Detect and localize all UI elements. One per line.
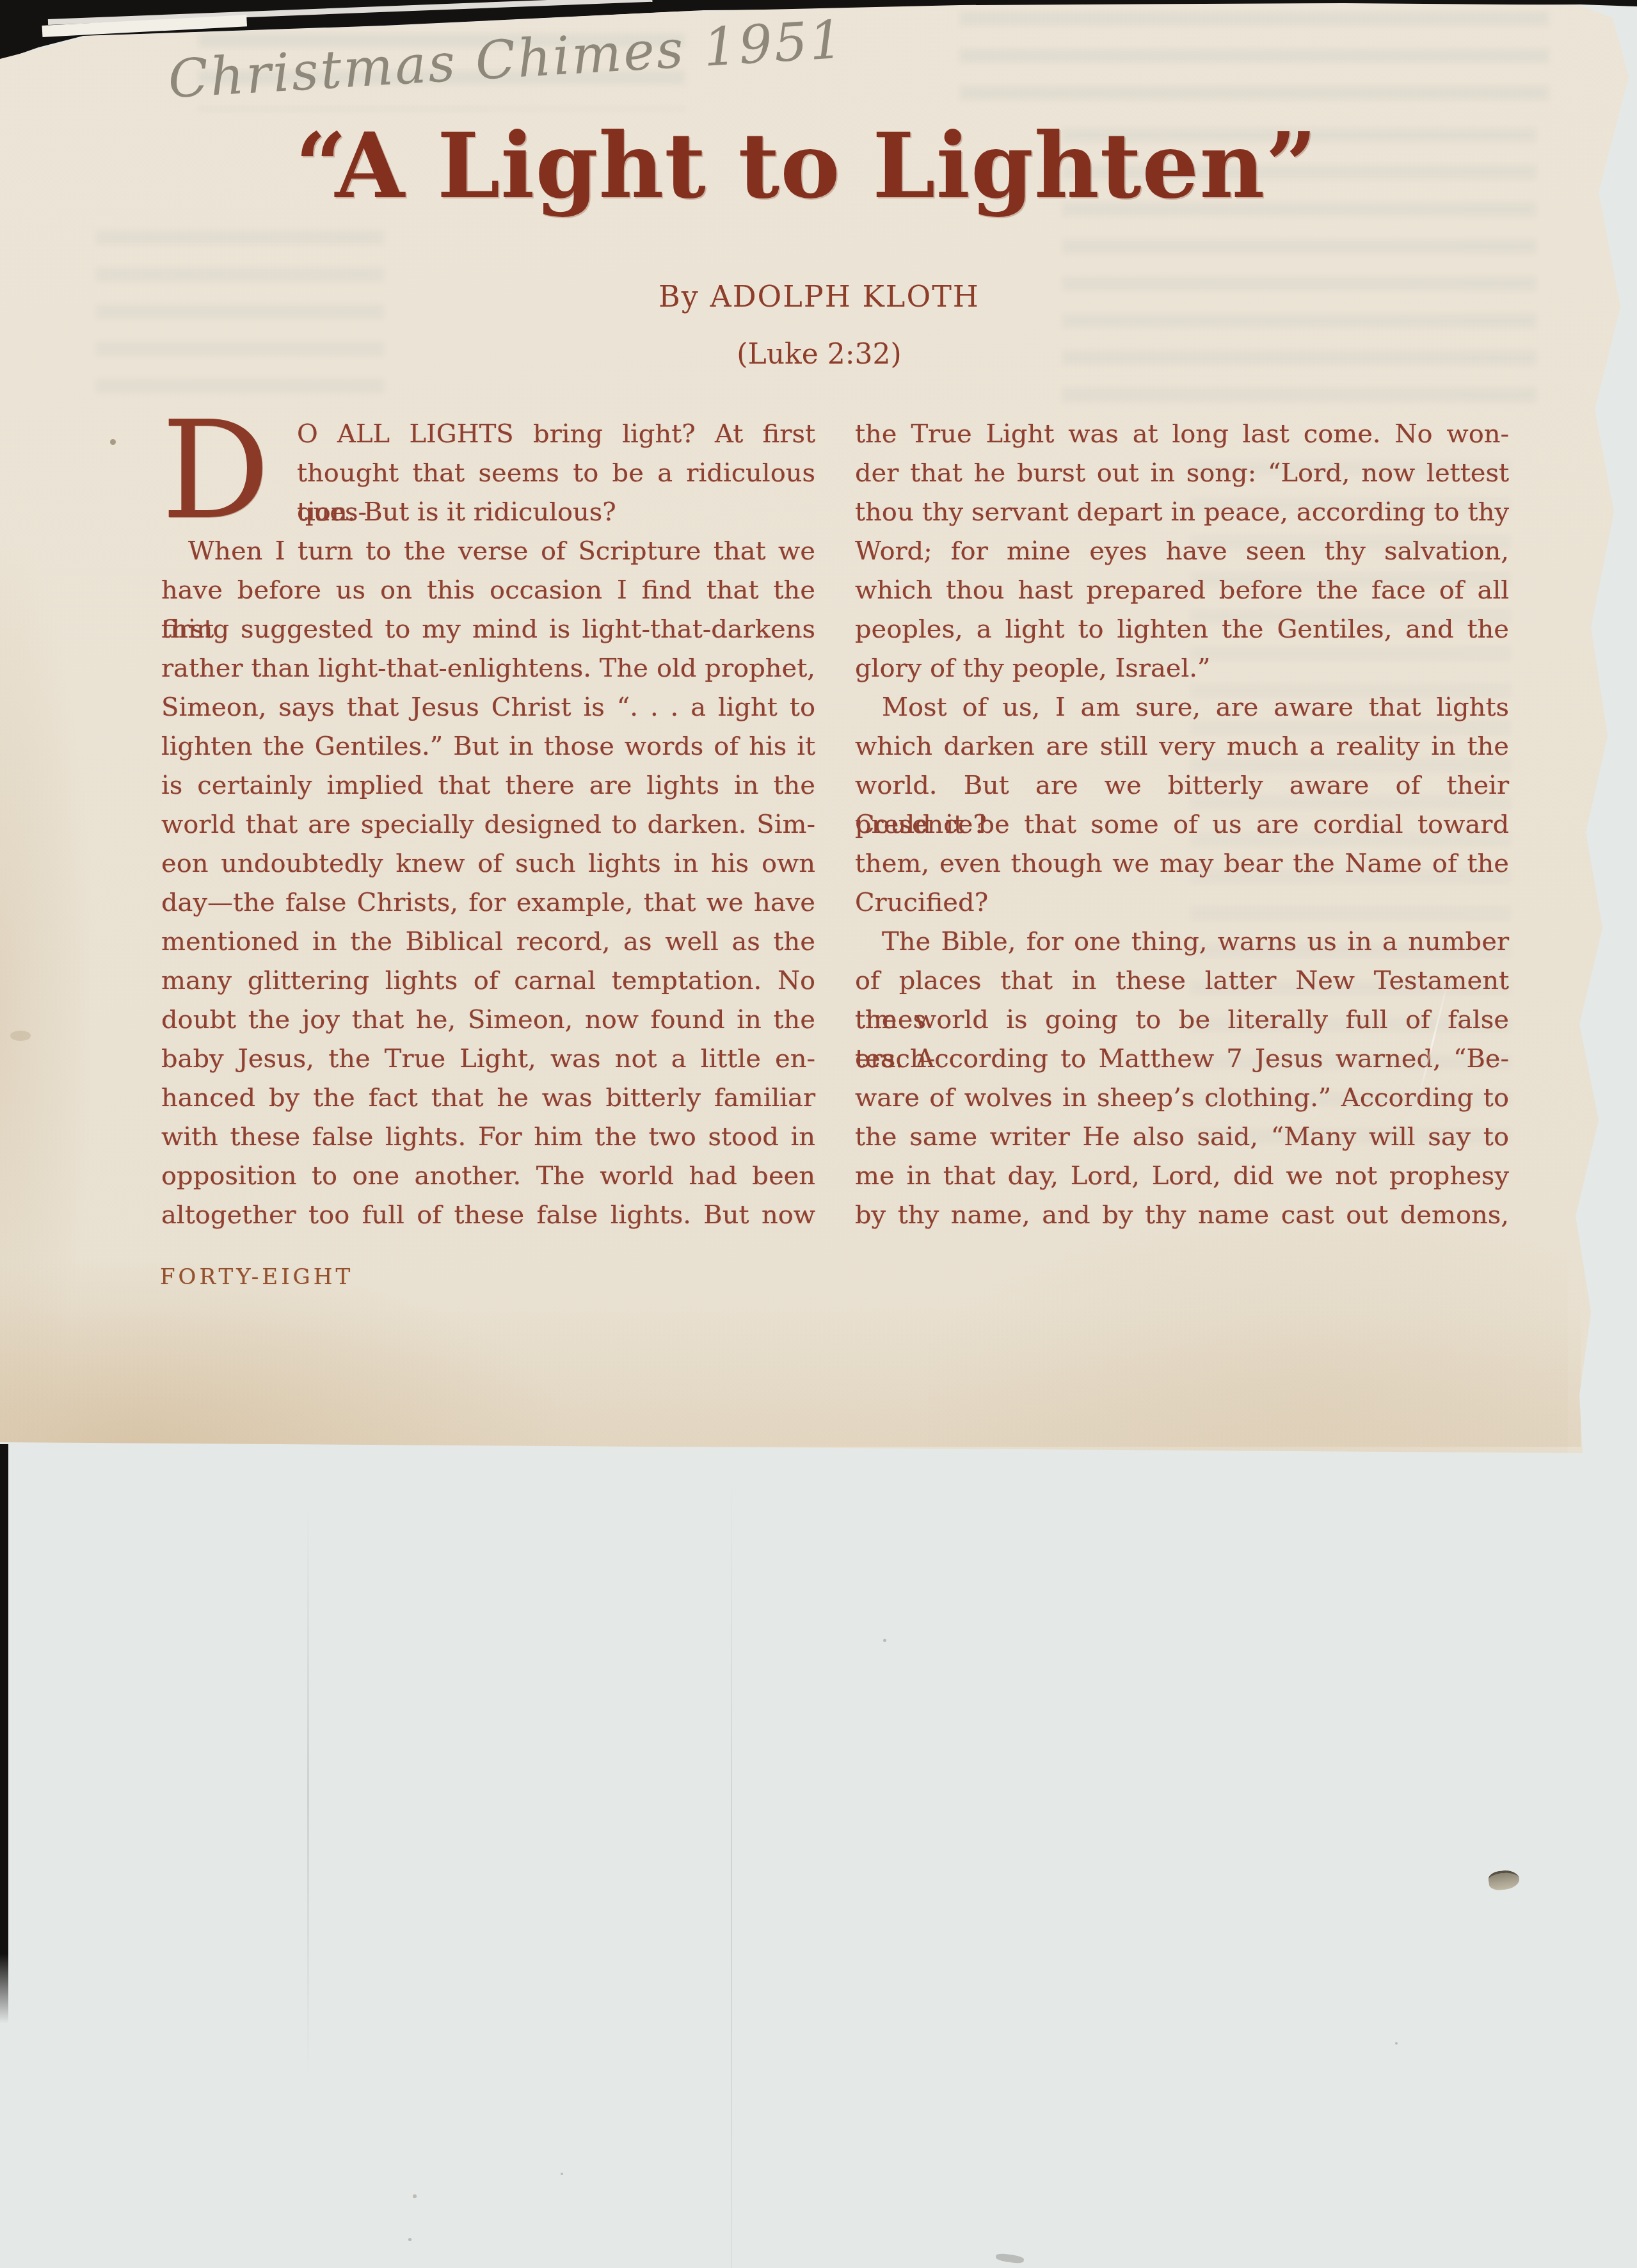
body-line: of places that in these latter New Testa… bbox=[855, 961, 1509, 1001]
body-line: many glittering lights of carnal temptat… bbox=[161, 961, 815, 1001]
body-line: Most of us, I am sure, are aware that li… bbox=[855, 688, 1509, 727]
scanner-edge-left bbox=[0, 1444, 8, 2023]
body-line: Simeon, says that Jesus Christ is “. . .… bbox=[161, 688, 815, 727]
body-line: O ALL LIGHTS bring light? At first bbox=[297, 415, 815, 454]
body-line: day—the false Christs, for example, that… bbox=[161, 883, 815, 922]
body-line: mentioned in the Biblical record, as wel… bbox=[161, 922, 815, 961]
body-line: baby Jesus, the True Light, was not a li… bbox=[161, 1040, 815, 1079]
body-line: ware of wolves in sheep’s clothing.” Acc… bbox=[855, 1079, 1509, 1118]
body-line: thought that seems to be a ridiculous qu… bbox=[297, 454, 815, 493]
scanner-streak bbox=[731, 1460, 732, 2268]
dust-speck bbox=[408, 2238, 411, 2241]
showthrough-artifact bbox=[960, 12, 1549, 108]
body-line: glory of thy people, Israel.” bbox=[855, 649, 1509, 688]
body-line: the world is going to be literally full … bbox=[855, 1001, 1509, 1040]
scanned-page-canvas: Christmas Chimes 1951 “A Light to Lighte… bbox=[0, 0, 1637, 2268]
dust-speck bbox=[413, 2194, 417, 2198]
body-line: with these false lights. For him the two… bbox=[161, 1118, 815, 1157]
dust-speck bbox=[883, 1639, 886, 1642]
body-line: them, even though we may bear the Name o… bbox=[855, 844, 1509, 883]
body-line: altogether too full of these false light… bbox=[161, 1196, 815, 1235]
body-line: world. But are we bitterly aware of thei… bbox=[855, 766, 1509, 805]
text-column-left: O ALL LIGHTS bring light? At first thoug… bbox=[161, 415, 815, 1235]
dust-speck bbox=[1395, 2042, 1398, 2045]
body-line: eon undoubtedly knew of such lights in h… bbox=[161, 844, 815, 883]
scripture-reference: (Luke 2:32) bbox=[0, 338, 1637, 371]
scanner-streak bbox=[307, 1504, 309, 2080]
body-line: tion. But is it ridiculous? bbox=[297, 493, 815, 532]
body-line: lighten the Gentiles.” But in those word… bbox=[161, 727, 815, 766]
article-title: “A Light to Lighten” bbox=[0, 114, 1613, 219]
debris-speck bbox=[1487, 1869, 1520, 1892]
body-line: thou thy servant depart in peace, accord… bbox=[855, 493, 1509, 532]
ink-speck bbox=[110, 439, 116, 445]
article-byline: By ADOLPH KLOTH bbox=[0, 279, 1637, 314]
body-line: doubt the joy that he, Simeon, now found… bbox=[161, 1001, 815, 1040]
dust-speck bbox=[561, 2173, 563, 2175]
body-line: The Bible, for one thing, warns us in a … bbox=[855, 922, 1509, 961]
body-line: me in that day, Lord, Lord, did we not p… bbox=[855, 1157, 1509, 1196]
page-number-label: FORTY-EIGHT bbox=[160, 1264, 353, 1290]
body-line: Word; for mine eyes have seen thy salvat… bbox=[855, 532, 1509, 571]
body-line: Crucified? bbox=[855, 883, 1509, 922]
body-line: der that he burst out in song: “Lord, no… bbox=[855, 454, 1509, 493]
paper-stain bbox=[0, 551, 90, 1460]
body-line: which thou hast prepared before the face… bbox=[855, 571, 1509, 610]
paper-stain bbox=[928, 1216, 1568, 1453]
paper-stain bbox=[0, 1255, 576, 1524]
body-line: is certainly implied that there are ligh… bbox=[161, 766, 815, 805]
body-line: thing suggested to my mind is light-that… bbox=[161, 610, 815, 649]
paper-chip bbox=[10, 1031, 31, 1041]
body-line: by thy name, and by thy name cast out de… bbox=[855, 1196, 1509, 1235]
body-line: world that are specially designed to dar… bbox=[161, 805, 815, 844]
body-line: ers. According to Matthew 7 Jesus warned… bbox=[855, 1040, 1509, 1079]
body-line: opposition to one another. The world had… bbox=[161, 1157, 815, 1196]
body-line: the same writer He also said, “Many will… bbox=[855, 1118, 1509, 1157]
debris-smudge bbox=[995, 2253, 1024, 2264]
body-line: rather than light-that-enlightens. The o… bbox=[161, 649, 815, 688]
body-line: peoples, a light to lighten the Gentiles… bbox=[855, 610, 1509, 649]
showthrough-artifact bbox=[96, 230, 384, 403]
document-page: Christmas Chimes 1951 “A Light to Lighte… bbox=[0, 0, 1637, 2268]
text-column-right: the True Light was at long last come. No… bbox=[855, 415, 1509, 1235]
paper-stain bbox=[0, 1306, 1581, 1447]
body-line: hanced by the fact that he was bitterly … bbox=[161, 1079, 815, 1118]
body-line: which darken are still very much a reali… bbox=[855, 727, 1509, 766]
body-line: Could it be that some of us are cordial … bbox=[855, 805, 1509, 844]
body-line: have before us on this occasion I find t… bbox=[161, 571, 815, 610]
body-line: When I turn to the verse of Scripture th… bbox=[161, 532, 815, 571]
body-line: the True Light was at long last come. No… bbox=[855, 415, 1509, 454]
